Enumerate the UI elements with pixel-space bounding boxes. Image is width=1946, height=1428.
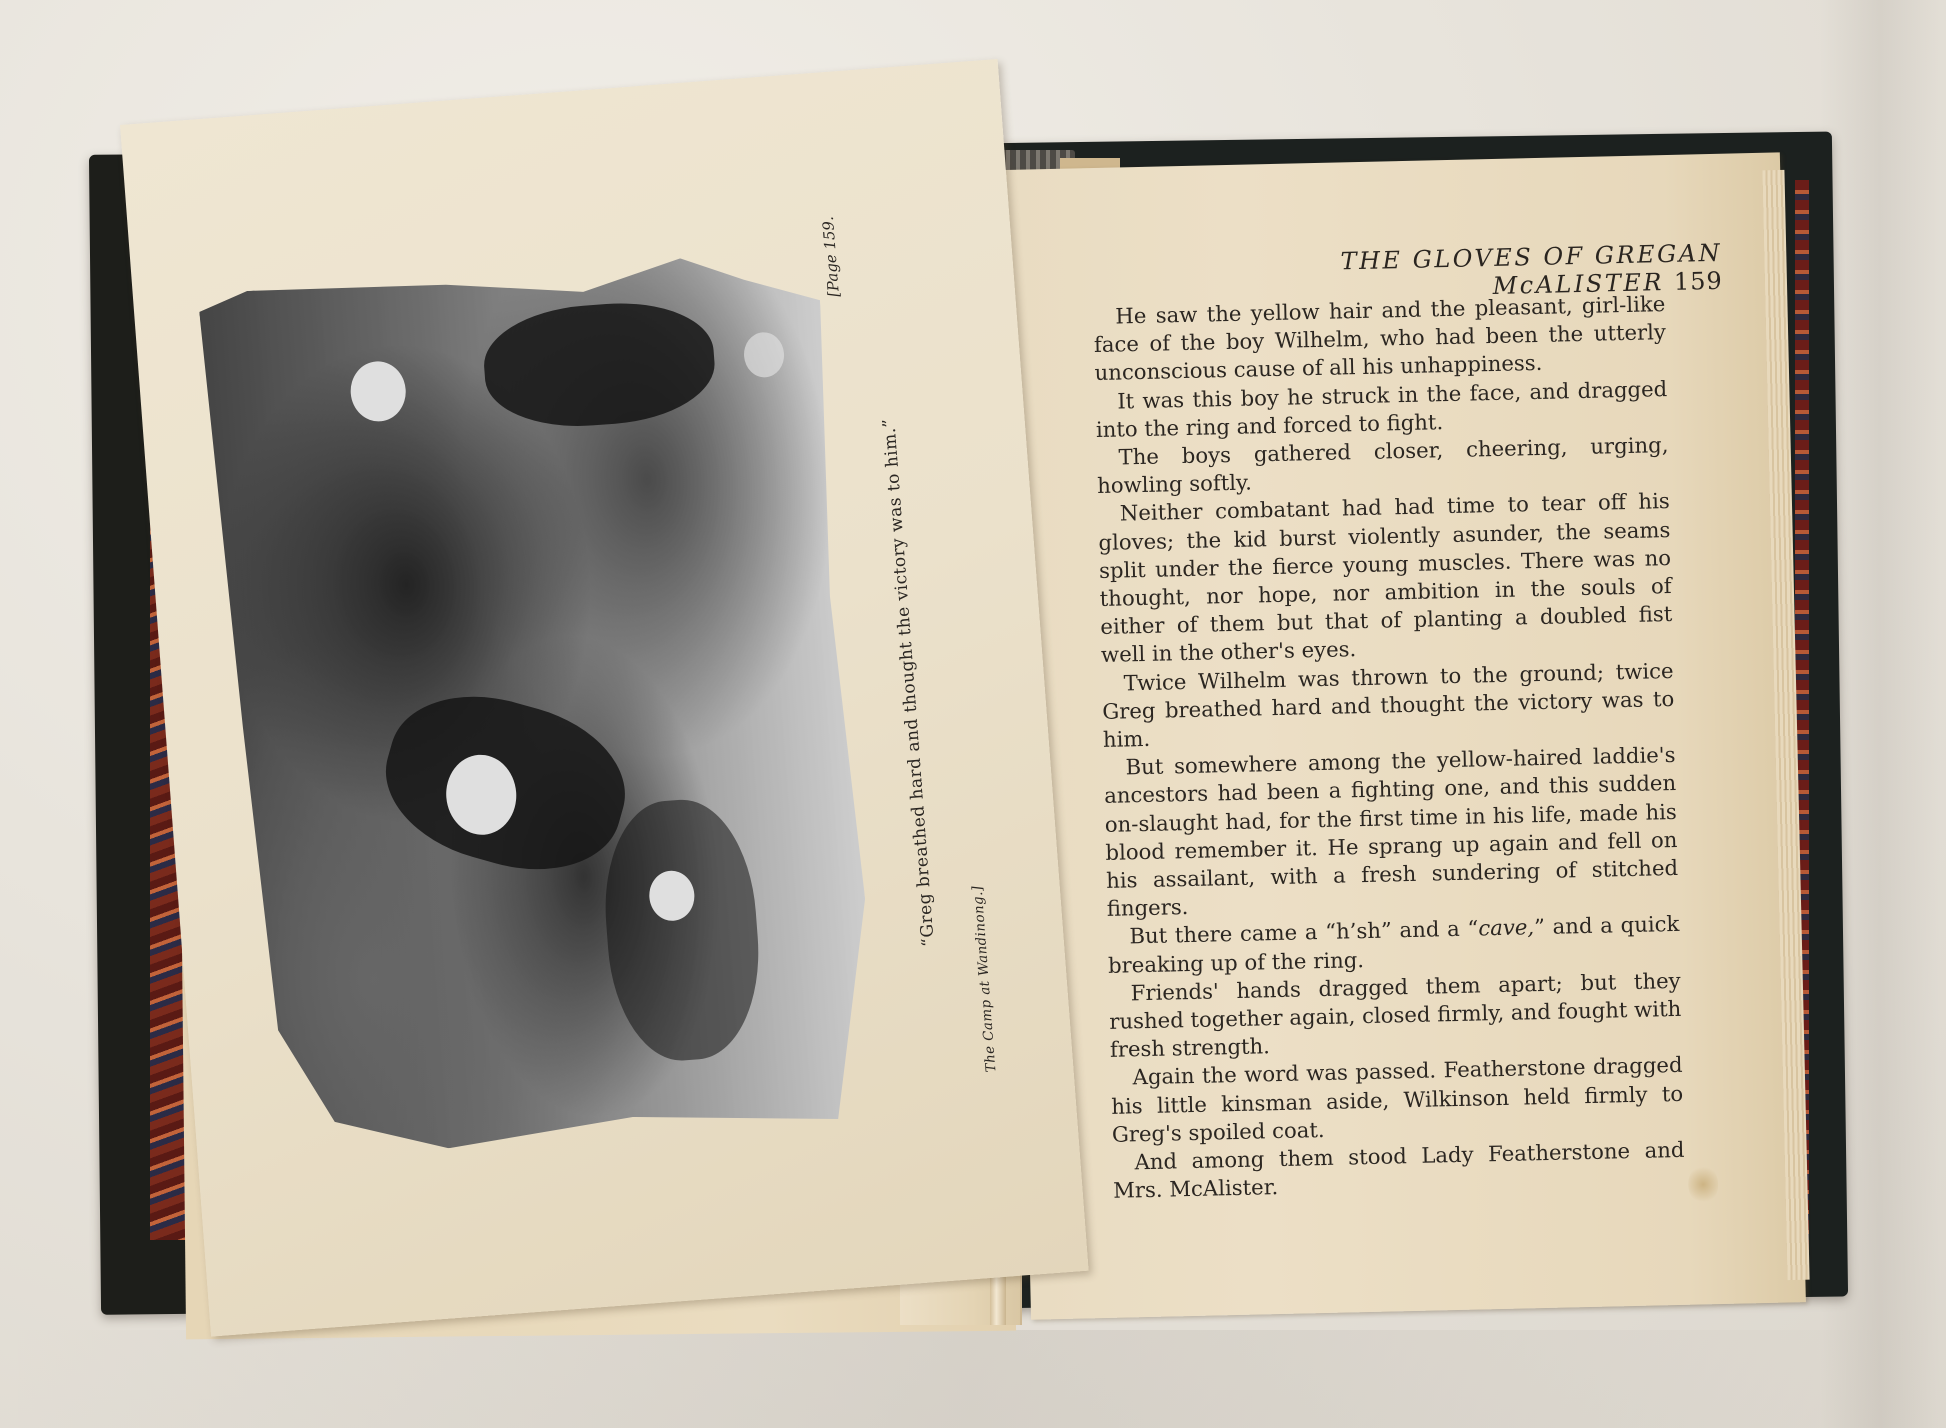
face: [349, 359, 408, 423]
paragraph: He saw the yellow hair and the pleasant,…: [1093, 290, 1667, 388]
paragraph: Friends' hands dragged them apart; but t…: [1108, 967, 1682, 1065]
right-page: THE GLOVES OF GREGAN McALISTER159 He saw…: [1005, 152, 1806, 1319]
plate-caption: “Greg breathed hard and thought the vict…: [879, 418, 939, 948]
paragraph: And among them stood Lady Featherstone a…: [1112, 1136, 1685, 1205]
plate-page-reference: [Page 159.: [819, 216, 843, 298]
face: [742, 331, 785, 379]
figure-fighter: [480, 296, 718, 433]
figure-onlooker: [597, 795, 766, 1066]
cloth-fold: [0, 1330, 1946, 1428]
running-head-title: THE GLOVES OF GREGAN McALISTER: [1340, 239, 1722, 300]
page-number: 159: [1674, 267, 1723, 296]
fight-illustration: [198, 248, 881, 1162]
paragraph: But somewhere among the yellow-haired la…: [1103, 741, 1679, 923]
italic-word: cave,: [1478, 915, 1534, 941]
paragraph: Neither combatant had had time to tear o…: [1098, 487, 1674, 669]
paragraph-text: But there came a “h’sh” and a “: [1129, 916, 1478, 949]
paragraph: Twice Wilhelm was thrown to the ground; …: [1101, 657, 1675, 755]
illustration-plate: [Page 159. “Greg breathed hard and thoug…: [120, 59, 1089, 1337]
plate-book-title: The Camp at Wandinong.]: [969, 885, 999, 1073]
foxing-stain: [1688, 1164, 1719, 1205]
page-body: He saw the yellow hair and the pleasant,…: [1093, 290, 1685, 1205]
paragraph: Again the word was passed. Featherstone …: [1110, 1051, 1684, 1149]
